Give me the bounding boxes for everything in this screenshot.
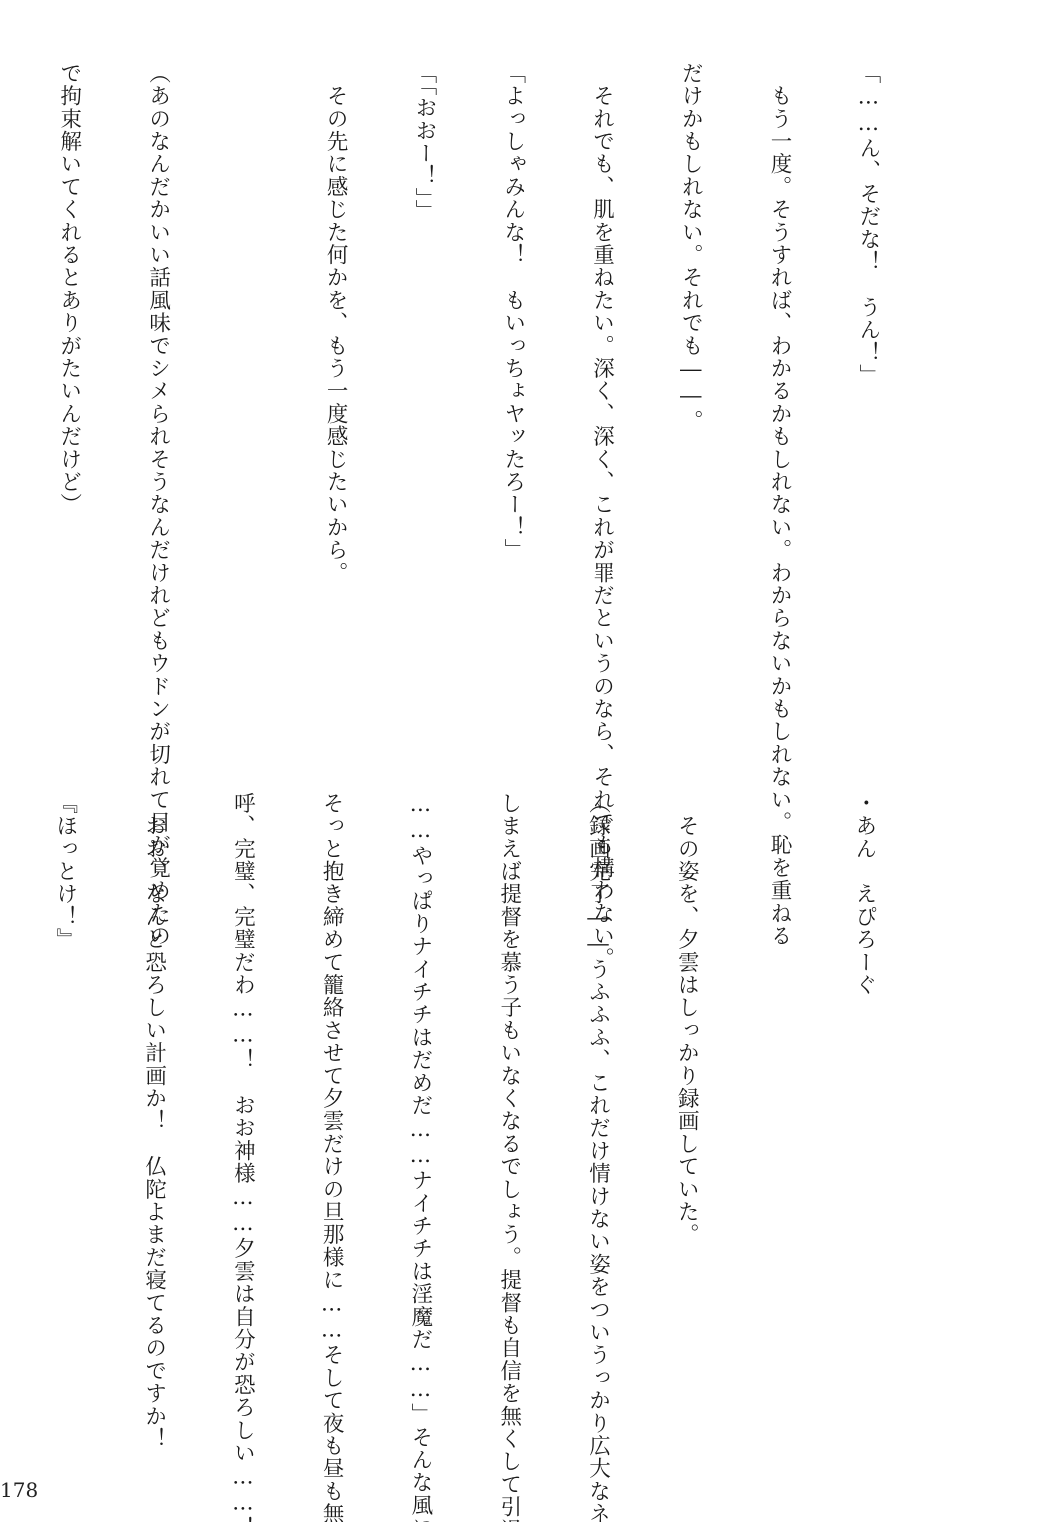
text-column: 「「おおー！」」 [409,62,439,752]
text-column: その先に感じた何かを、もう一度感じたいから。 [321,62,351,752]
text-column: そっと抱き締めて籠絡させて夕雲だけの旦那様に……そして夜も昼も無く独占……嗚 [317,792,347,1482]
top-text-section: 「……ん、そだな！ うん！」 もう一度。そうすれば、わかるかもしれない。わからな… [0,62,942,752]
blank-column: ​ [232,62,262,752]
text-column: （あのなんだかいい話風味でシメられそうなんだけれどもウドンが切れて目が覚めたの [143,62,173,752]
section-heading: ・あん えぴろーぐ [849,792,879,1482]
text-column: その姿を、夕雲はしっかり録画していた。 [672,792,702,1482]
text-column: おお、なんと恐ろしい計画か！ 仏陀よまだ寝てるのですか！ [139,792,169,1482]
text-column: ……やっぱりナイチチはだめだ……ナイチチは淫魔だ……」そんな風に脅える提督を [405,792,435,1482]
text-column: 「……ん、そだな！ うん！」 [853,62,883,752]
bottom-text-section: ・あん えぴろーぐ ​ その姿を、夕雲はしっかり録画していた。 （録画完了――う… [0,792,938,1482]
text-column: 呼、完璧、完璧だわ……！ おお神様……夕雲は自分が恐ろしい……！） [228,792,258,1482]
blank-column: ​ [760,792,790,1482]
text-column: もう一度。そうすれば、わかるかもしれない。わからないかもしれない。恥を重ねる [764,62,794,752]
text-column: だけかもしれない。それでも――。 [676,62,706,752]
text-column: （録画完了――うふふふ、これだけ情けない姿をついうっかり広大なネットに流して [583,792,613,1482]
text-column: しまえば提督を慕う子もいなくなるでしょう。提督も自信を無くして引退――「だめだ [494,792,524,1482]
text-column: 「よっしゃみんな！ もいっちょヤッたろー！」 [498,62,528,752]
text-column: それでも、肌を重ねたい。深く、深く、これが罪だというのなら、それでも構わない。 [587,62,617,752]
text-column: 『ほっとけ！』 [50,792,80,1482]
text-column: で拘束解いてくれるとありがたいんだけど） [54,62,84,752]
page-number: 178 [0,1478,38,1502]
